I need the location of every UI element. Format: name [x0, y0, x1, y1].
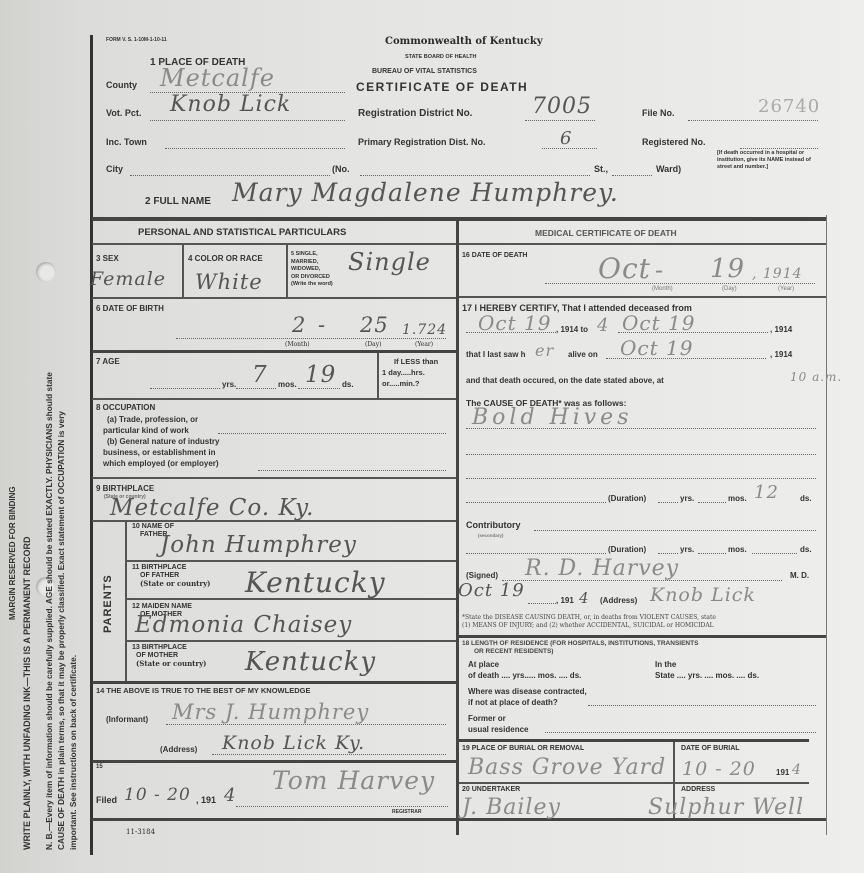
registration-district-label: Registration District No.	[358, 108, 472, 119]
signed-year-prefix: , 191	[556, 596, 574, 605]
age-yrs-label: yrs.	[222, 380, 236, 389]
undertaker-address-label: ADDRESS	[681, 786, 715, 793]
file-no-value: 26740	[758, 96, 820, 117]
binding-hole-top	[36, 262, 56, 282]
vot-pct-label: Vot. Pct.	[106, 108, 141, 118]
burial-year: 191	[776, 768, 789, 777]
header-board: STATE BOARD OF HEALTH	[405, 54, 477, 60]
death-time-value: 10 a.m.	[790, 370, 842, 384]
race-value: White	[195, 270, 263, 294]
informant-value: Mrs J. Humphrey	[172, 700, 369, 724]
signed-year-suffix: 4	[579, 589, 590, 607]
signature-address-label: (Address)	[600, 596, 637, 605]
physician-signature: R. D. Harvey	[525, 556, 679, 581]
occupation-b-label: (b) General nature of industry business,…	[103, 436, 219, 469]
age-label: 7 AGE	[96, 357, 120, 366]
duration-label-1: (Duration)	[608, 494, 646, 503]
father-birthplace-label: 11 BIRTHPLACE OF FATHER (State or countr…	[132, 564, 210, 588]
cause-footnote: *State the DISEASE CAUSING DEATH, or, in…	[462, 614, 716, 630]
registration-district-value: 7005	[532, 94, 592, 119]
county-value: Metcalfe	[160, 64, 275, 92]
dob-month: 2	[292, 313, 306, 337]
personal-section-title: PERSONAL AND STATISTICAL PARTICULARS	[138, 227, 346, 238]
duration-yrs-2: yrs.	[680, 545, 694, 554]
primary-registration-label: Primary Registration Dist. No.	[358, 137, 486, 147]
dod-day: 19	[710, 254, 745, 284]
true-statement-label: 14 THE ABOVE IS TRUE TO THE BEST OF MY K…	[96, 686, 310, 695]
informant-address-value: Knob Lick Ky.	[222, 732, 365, 754]
death-certificate-scan: MARGIN RESERVED FOR BINDING WRITE PLAINL…	[0, 0, 864, 873]
race-label: 4 COLOR OR RACE	[188, 254, 263, 263]
alive-on-year: , 1914	[770, 350, 792, 359]
margin-instructions-1: N. B.—Every item of information should b…	[44, 372, 54, 850]
birthplace-value: Metcalfe Co. Ky.	[110, 495, 314, 521]
parents-label: PARENTS	[102, 574, 114, 633]
father-birthplace-value: Kentucky	[245, 566, 386, 599]
less-than-day-label: If LESS than 1 day.....hrs. or.....min.?	[382, 356, 438, 389]
undertaker-value: J. Bailey	[462, 795, 561, 820]
attended-from-year-digit: 4	[597, 315, 609, 336]
attended-to-year: , 1914	[770, 325, 792, 334]
mother-birthplace-label: 13 BIRTHPLACE OF MOTHER (State or countr…	[132, 644, 206, 668]
margin-binding-note: MARGIN RESERVED FOR BINDING	[8, 486, 17, 620]
age-ds-label: ds.	[342, 380, 354, 389]
mother-birthplace-value: Kentucky	[245, 647, 376, 677]
age-ds-value: 19	[305, 362, 336, 388]
dod-month: Oct	[598, 252, 651, 285]
in-state-label: In the State .... yrs. .... mos. .... ds…	[655, 659, 759, 681]
filed-label: Filed	[96, 795, 117, 805]
dob-day-caption: (Day)	[365, 341, 381, 348]
occupation-label: 8 OCCUPATION	[96, 403, 155, 412]
burial-year-suffix: 4	[792, 762, 802, 778]
death-occurred-label: and that death occured, on the date stat…	[466, 376, 664, 385]
margin-write-plainly: WRITE PLAINLY, WITH UNFADING INK—THIS IS…	[22, 536, 32, 850]
file-no-label: File No.	[642, 108, 675, 118]
alive-on-value: Oct 19	[620, 336, 693, 360]
dod-year: , 1914	[752, 266, 803, 282]
burial-place-label: 19 PLACE OF BURIAL OR REMOVAL	[462, 745, 584, 752]
last-saw-pronoun: er	[535, 341, 554, 360]
undertaker-address-value: Sulphur Well	[648, 795, 804, 820]
dod-label: 16 DATE OF DEATH	[462, 252, 527, 259]
filed-year-suffix: 4	[224, 785, 236, 806]
column-divider	[456, 220, 459, 835]
signature-address-value: Knob Lick	[650, 584, 756, 606]
marital-label: 5 SINGLE, MARRIED, WIDOWED, OR DIVORCED …	[291, 251, 333, 289]
burial-date-value: 10 - 20	[682, 758, 756, 780]
cause-value: Bold Hives	[472, 405, 632, 430]
primary-registration-value: 6	[560, 128, 572, 149]
full-name-label: 2 FULL NAME	[145, 196, 211, 207]
secondary-label: (secondary)	[478, 533, 504, 538]
dod-month-caption: (Month)	[652, 286, 673, 292]
attended-to-value: Oct 19	[622, 311, 695, 335]
alive-on-label: alive on	[568, 350, 598, 359]
at-place-label: At place of death .... yrs..... mos. ...…	[468, 659, 581, 681]
city-st-label: St.,	[594, 164, 608, 174]
dob-label: 6 DATE OF BIRTH	[96, 304, 164, 313]
signed-date-value: Oct 19	[458, 580, 525, 601]
county-label: County	[106, 80, 137, 90]
form-number: FORM V. S. 1-10M-1-10-11	[106, 37, 167, 43]
inc-town-label: Inc. Town	[106, 137, 147, 147]
registered-no-label: Registered No.	[642, 137, 706, 147]
duration-days-value: 12	[754, 482, 779, 503]
duration-mos-1: mos.	[728, 494, 747, 503]
father-name-value: John Humphrey	[160, 532, 357, 558]
registrar-label: REGISTRAR	[392, 809, 421, 815]
mother-name-value: Edmonia Chaisey	[135, 612, 352, 638]
birthplace-label: 9 BIRTHPLACE	[96, 484, 154, 493]
former-residence-label: Former or usual residence	[468, 713, 528, 735]
header-bureau: BUREAU OF VITAL STATISTICS	[372, 68, 477, 75]
registrar-signature: Tom Harvey	[272, 766, 435, 795]
last-saw-label: that I last saw h	[466, 350, 526, 359]
city-no-label: (No.	[332, 164, 350, 174]
duration-mos-2: mos.	[728, 545, 747, 554]
md-label: M. D.	[790, 571, 809, 580]
signed-label: (Signed)	[466, 571, 498, 580]
informant-label: (Informant)	[106, 715, 148, 724]
item-15-label: 15	[96, 764, 103, 770]
frame-right-upper	[826, 215, 827, 835]
dob-day: 25	[360, 313, 389, 337]
filed-year-prefix: , 191	[196, 795, 216, 805]
form-code: 11-3184	[126, 828, 155, 836]
contracted-label: Where was disease contracted, if not at …	[468, 686, 587, 708]
sex-label: 3 SEX	[96, 254, 119, 263]
attended-from-value: Oct 19	[478, 311, 551, 335]
attended-from-year: , 1914 to	[556, 325, 588, 334]
dob-year-caption: (Year)	[415, 341, 433, 348]
vot-pct-value: Knob Lick	[170, 92, 291, 117]
city-label: City	[106, 164, 123, 174]
undertaker-label: 20 UNDERTAKER	[462, 786, 520, 793]
filed-date-value: 10 - 20	[124, 785, 191, 805]
dob-dash: -	[318, 313, 326, 337]
full-name-value: Mary Magdalene Humphrey.	[232, 178, 619, 207]
marital-value: Single	[348, 248, 431, 276]
sex-value: Female	[90, 268, 166, 290]
occupation-a-label: (a) Trade, profession, or particular kin…	[103, 414, 198, 436]
dob-month-caption: (Month)	[285, 341, 310, 348]
certificate-title: CERTIFICATE OF DEATH	[356, 80, 528, 94]
duration-label-2: (Duration)	[608, 545, 646, 554]
burial-place-value: Bass Grove Yard	[468, 755, 666, 780]
age-mos-label: mos.	[278, 380, 297, 389]
duration-ds-1: ds.	[800, 494, 812, 503]
contributory-label: Contributory	[466, 520, 521, 530]
frame-left	[90, 35, 93, 855]
city-ward-label: Ward)	[656, 164, 681, 174]
burial-date-label: DATE OF BURIAL	[681, 745, 740, 752]
margin-instructions-3: important. See instructions on back of c…	[68, 655, 78, 850]
dod-day-caption: (Day)	[722, 286, 737, 292]
residence-label: 18 LENGTH OF RESIDENCE (FOR HOSPITALS, I…	[462, 640, 698, 656]
margin-instructions-2: CAUSE OF DEATH in plain terms, so that i…	[56, 411, 66, 850]
header-state: Commonwealth of Kentucky	[385, 36, 543, 47]
informant-address-label: (Address)	[160, 745, 197, 754]
dod-dash: -	[655, 256, 664, 284]
duration-yrs-1: yrs.	[680, 494, 694, 503]
duration-ds-2: ds.	[800, 545, 812, 554]
age-mos-value: 7	[252, 362, 268, 388]
hospital-note: [If death occurred in a hospital or inst…	[717, 150, 812, 171]
dod-year-caption: (Year)	[778, 286, 794, 292]
medical-section-title: MEDICAL CERTIFICATE OF DEATH	[535, 228, 677, 238]
dob-year: 1.724	[402, 322, 447, 338]
